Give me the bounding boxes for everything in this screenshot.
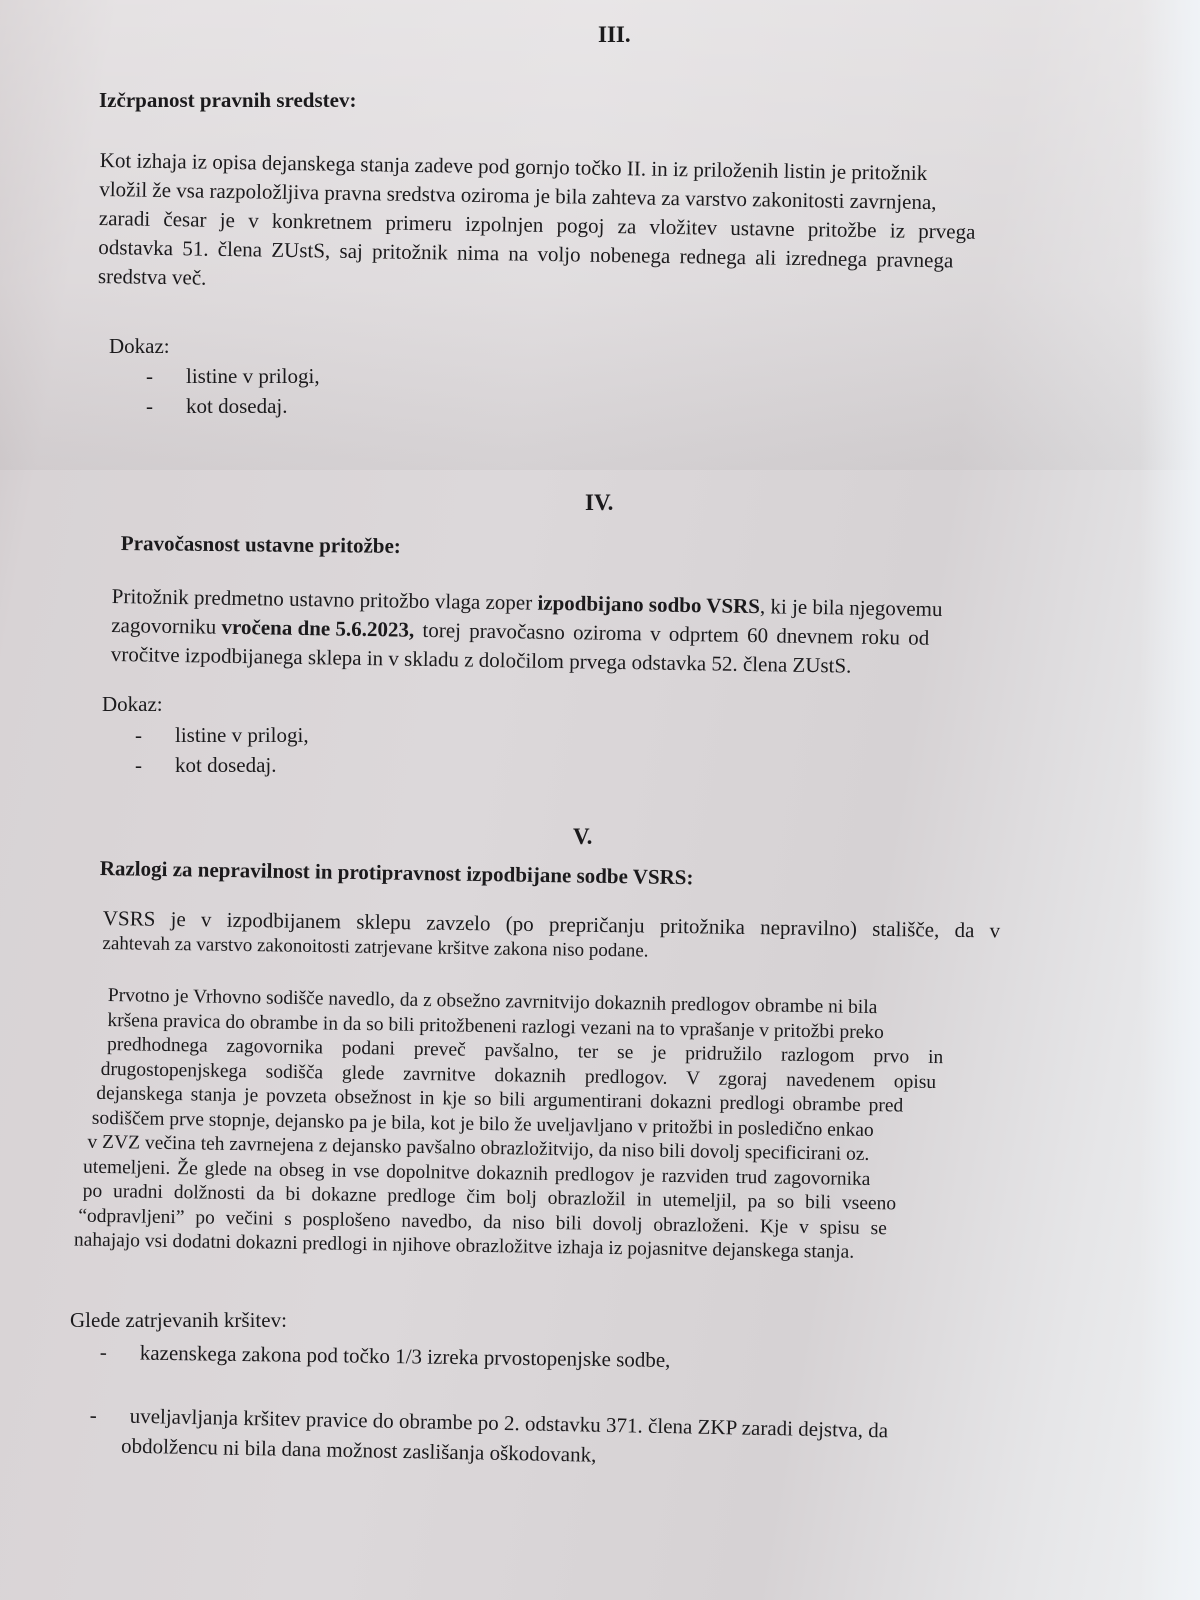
section-numeral-iii: III. <box>598 22 631 48</box>
list-bullet: - <box>135 751 175 780</box>
section-heading-v: Razlogi za nepravilnost in protipravnost… <box>100 856 694 890</box>
section-numeral-iv: IV. <box>585 490 613 516</box>
section-v-paragraph-2: Prvotno je Vrhovno sodišče navedlo, da z… <box>104 984 944 1267</box>
proof-item: -listine v prilogi, <box>146 362 320 391</box>
proof-item: -kot dosedaj. <box>135 751 276 780</box>
list-bullet: - <box>146 362 186 391</box>
proof-item: -listine v prilogi, <box>135 721 309 750</box>
bold-date: vročena dne 5.6.2023, <box>221 615 414 642</box>
bold-reference: izpodbijano sodbo VSRS <box>537 591 760 618</box>
section-iii-paragraph: Kot izhaja iz opisa dejanskega stanja za… <box>98 146 977 305</box>
list-bullet: - <box>146 392 186 421</box>
section-numeral-v: V. <box>573 824 592 850</box>
list-bullet: - <box>135 721 175 750</box>
document-page: III. Izčrpanost pravnih sredstev: Kot iz… <box>0 0 1200 1600</box>
section-iv-paragraph: Pritožnik predmetno ustavno pritožbo vla… <box>111 582 943 682</box>
section-heading-iii: Izčrpanost pravnih sredstev: <box>99 88 356 113</box>
proof-label: Dokaz: <box>109 332 170 361</box>
section-v-paragraph-1: VSRS je v izpodbijanem sklepu zavzelo (p… <box>102 906 1000 969</box>
section-heading-iv: Pravočasnost ustavne pritožbe: <box>121 531 401 559</box>
list-bullet: - <box>89 1400 130 1431</box>
violations-label: Glede zatrjevanih kršitev: <box>70 1306 287 1335</box>
violation-item: -kazenskega zakona pod točko 1/3 izreka … <box>100 1338 671 1375</box>
violation-item: -uveljavljanja kršitev pravice do obramb… <box>89 1400 888 1475</box>
proof-label: Dokaz: <box>102 690 163 719</box>
proof-item: -kot dosedaj. <box>146 392 287 421</box>
list-bullet: - <box>100 1338 140 1368</box>
